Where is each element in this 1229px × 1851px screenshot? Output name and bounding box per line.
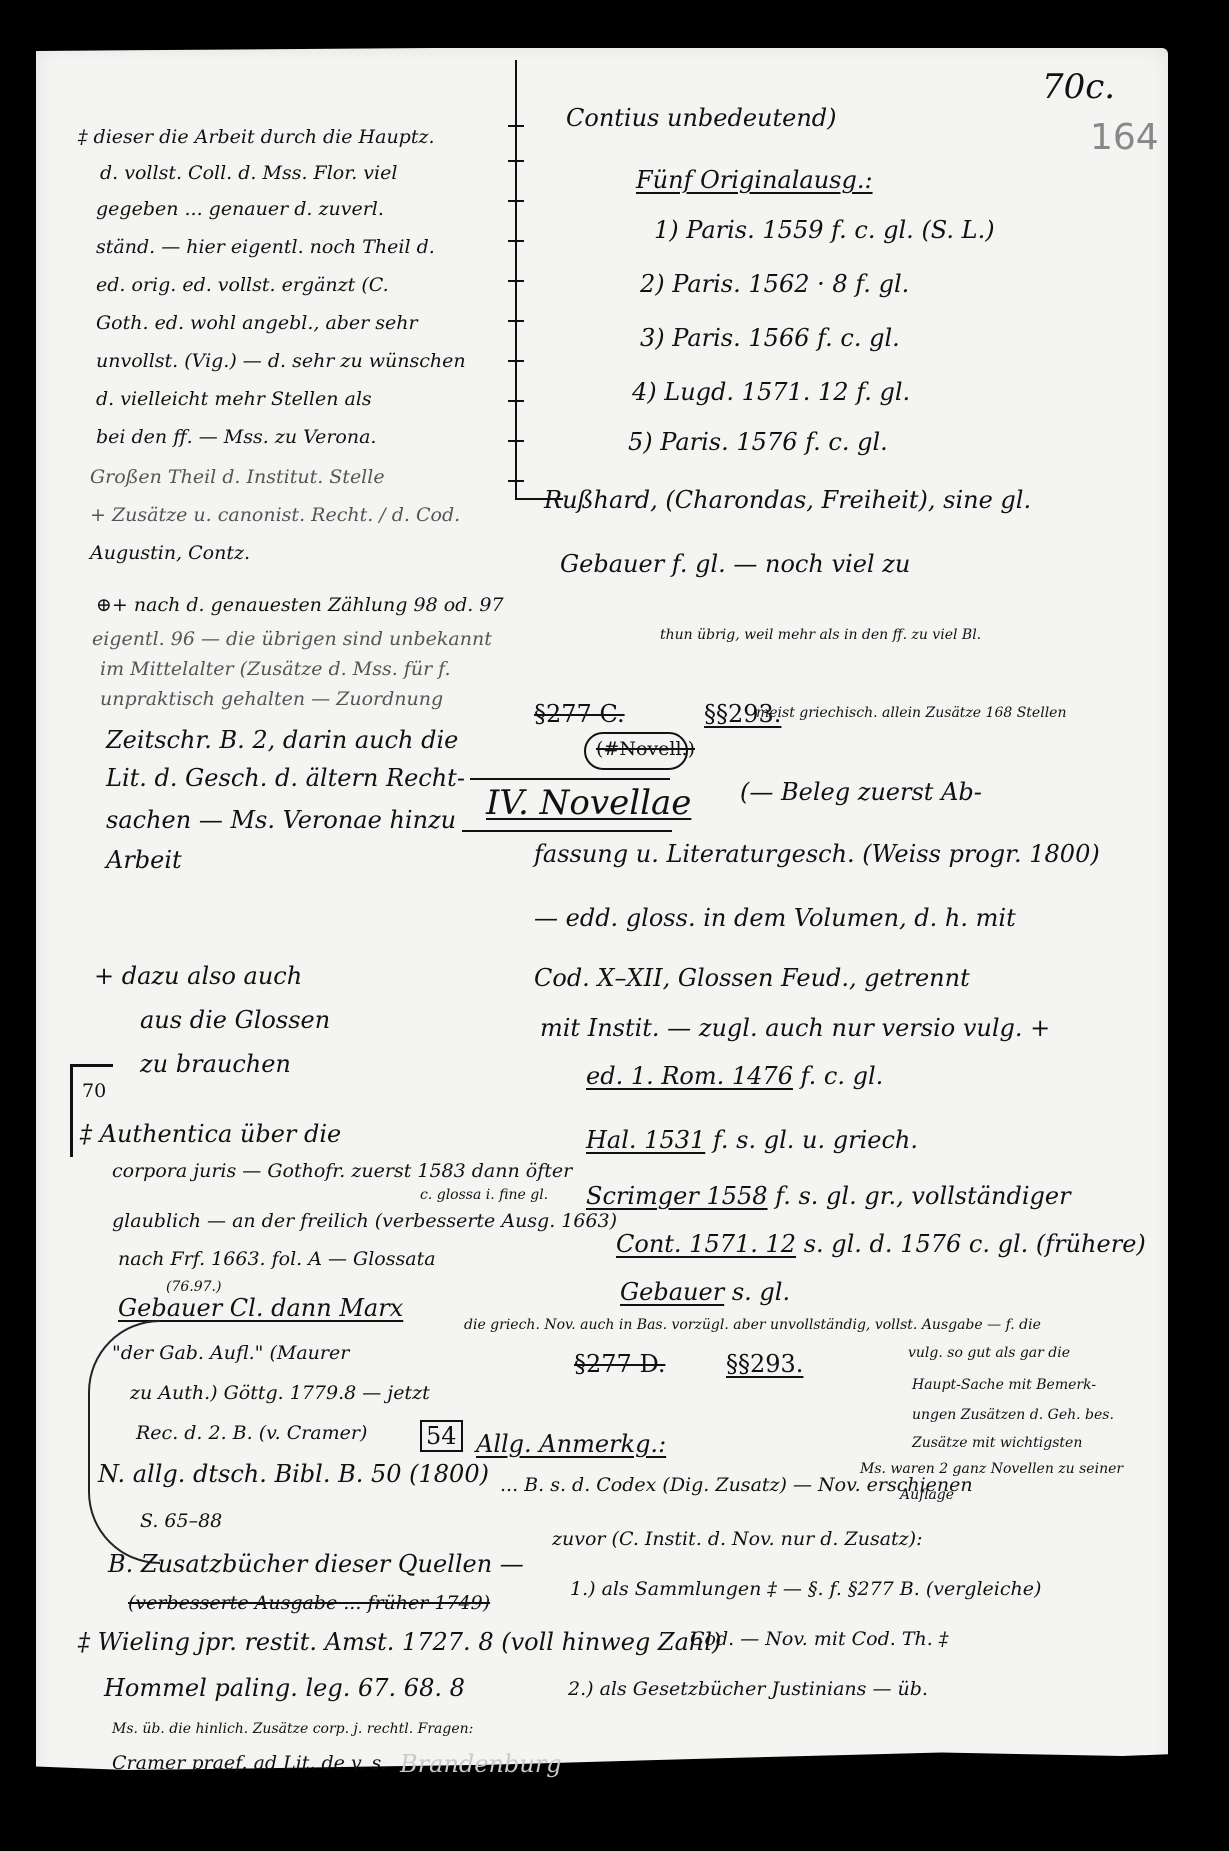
faint-pencil-note: Brandenburg [400,1752,562,1776]
novellae-edition-label: Hal. 1531 [586,1126,705,1154]
note-line: Großen Theil d. Institut. Stelle [90,468,385,487]
edition-year: 1576 [736,428,797,456]
note-line: unpraktisch gehalten — Zuordnung [100,690,443,709]
note-line: ‡ dieser die Arbeit durch die Hauptz. [78,128,435,147]
note-line: B. Zusatzbücher dieser Quellen — [108,1552,524,1576]
allg-body-line: 1.) als Sammlungen ‡ — §. f. §277 B. (ve… [570,1580,1041,1599]
note-line: corpora juris — Gothofr. zuerst 1583 dan… [112,1162,572,1181]
note-line: Cramer praef. ad Lit. de v. s. [112,1754,387,1773]
section-body-line: Cod. X–XII, Glossen Feud., getrennt [534,966,970,990]
edition-row: 3) Paris. 1566 f. c. gl. [640,326,900,350]
folio-mark: 70c. [1042,70,1115,104]
thun-line: thun übrig, weil mehr als in den ff. zu … [660,628,981,642]
novellae-edition-detail: s. gl. d. 1576 c. gl. (frühere) [804,1230,1146,1258]
edition-year: 1559 [762,216,823,244]
note-line: eigentl. 96 — die übrigen sind unbekannt [92,630,492,649]
note-line: Ms. üb. die hinlich. Zusätze corp. j. re… [112,1722,473,1736]
note-line: Goth. ed. wohl angebl., aber sehr [96,314,418,333]
greek-note: die griech. Nov. auch in Bas. vorzügl. a… [464,1318,1041,1332]
note-line: ‡ Authentica über die [80,1122,341,1146]
edition-gloss: c. gl. [840,324,899,352]
struck-section-ref-2: §277 D. [574,1352,665,1376]
side-note-top: meist griechisch. allein Zusätze 168 Ste… [756,706,1066,720]
pencil-page-number: 164 [1090,120,1159,156]
novellae-edition-label: Gebauer [620,1278,724,1306]
edition-gloss: gl. [879,270,910,298]
edition-year: 1571. 12 [742,378,849,406]
allg-body-line: zuvor (C. Instit. d. Nov. nur d. Zusatz)… [552,1530,923,1549]
edition-format: f. [805,428,821,456]
novellae-edition-detail: f. s. gl. u. griech. [713,1126,918,1154]
note-line: Rec. d. 2. B. (v. Cramer) [136,1424,367,1443]
section-body-line: (— Beleg zuerst Ab- [740,780,982,804]
note-line: nach Frf. 1663. fol. A — Glossata [118,1250,436,1269]
allg-heading: Allg. Anmerkg.: [476,1432,666,1456]
edition-gloss: c. gl. [854,216,913,244]
note-line: ⊕+ nach d. genauesten Zählung 98 od. 97 [96,596,504,615]
note-line: d. vielleicht mehr Stellen als [96,390,372,409]
note-line: (verbesserte Ausgabe ... früher 1749) [128,1594,490,1613]
note-line: d. vollst. Coll. d. Mss. Flor. viel [100,164,397,183]
novellae-edition-label: Scrimger 1558 [586,1182,768,1210]
edition-note: (S. L.) [921,216,994,244]
note-line: Augustin, Contz. [90,544,250,563]
edition-gloss: c. gl. [828,428,887,456]
edition-row: 1) Paris. 1559 f. c. gl. (S. L.) [654,218,995,242]
note-line: vulg. so gut als gar die [908,1346,1070,1360]
edition-num: 5) [628,428,653,456]
note-line: zu Auth.) Göttg. 1779.8 — jetzt [130,1384,430,1403]
note-line: Zeitschr. B. 2, darin auch die [106,728,458,752]
edition-format: f. [831,216,847,244]
gebauer-line: Gebauer f. gl. — noch viel zu [560,552,910,576]
note-line: + dazu also auch [94,964,302,988]
note-line: ungen Zusätzen d. Geh. bes. [912,1408,1114,1422]
section-body-line: — edd. gloss. in dem Volumen, d. h. mit [534,906,1016,930]
allg-body-line: 2.) als Gesetzbücher Justinians — üb. [568,1680,928,1699]
novellae-edition-row: ed. 1. Rom. 1476 f. c. gl. [586,1064,883,1088]
note-line: + Zusätze u. canonist. Recht. / d. Cod. [90,506,460,525]
edition-num: 3) [640,324,665,352]
editions-heading: Fünf Originalausg.: [636,168,873,192]
novellae-edition-detail: f. s. gl. gr., vollständiger [775,1182,1070,1210]
novellae-edition-detail: s. gl. [732,1278,790,1306]
edition-num: 1) [654,216,679,244]
note-line: bei den ff. — Mss. zu Verona. [96,428,376,447]
novellae-edition-row: Hal. 1531 f. s. gl. u. griech. [586,1128,918,1152]
novellae-edition-row: Scrimger 1558 f. s. gl. gr., vollständig… [586,1184,1071,1208]
note-line: Hommel paling. leg. 67. 68. 8 [104,1676,465,1700]
note-line: aus die Glossen [140,1008,330,1032]
note-line: zu brauchen [140,1052,291,1076]
note-line: Gebauer Cl. dann Marx [118,1296,403,1320]
edition-place: Paris. [660,428,728,456]
edition-row: 2) Paris. 1562 · 8 f. gl. [640,272,909,296]
note-line: (76.97.) [166,1280,221,1294]
note-line: gegeben ... genauer d. zuverl. [96,200,384,219]
edition-gloss: gl. [879,378,910,406]
novellae-edition-detail: f. c. gl. [801,1062,884,1090]
edition-place: Paris. [672,270,740,298]
note-line: ‡ Wieling jpr. restit. Amst. 1727. 8 (vo… [78,1630,721,1654]
edition-format: f. [856,378,872,406]
novellae-edition-row: Gebauer s. gl. [620,1280,790,1304]
section-title-novellae: IV. Novellae [486,786,691,820]
edition-format: f. [855,270,871,298]
edition-row: 5) Paris. 1576 f. c. gl. [628,430,888,454]
edition-num: 4) [632,378,657,406]
note-line: ständ. — hier eigentl. noch Theil d. [96,238,435,257]
edition-place: Lugd. [664,378,734,406]
edition-place: Paris. [672,324,740,352]
edition-row: 4) Lugd. 1571. 12 f. gl. [632,380,910,404]
contius-line: Contius unbedeutend) [566,106,837,130]
section-body-line: fassung u. Literaturgesch. (Weiss progr.… [534,842,1100,866]
note-line: unvollst. (Vig.) — d. sehr zu wünschen [96,352,466,371]
note-line: Zusätze mit wichtigsten [912,1436,1082,1450]
allg-body-line: Cod. — Nov. mit Cod. Th. ‡ [690,1630,948,1649]
note-line: Lit. d. Gesch. d. ältern Recht- [106,766,465,790]
novellae-edition-label: Cont. 1571. 12 [616,1230,796,1258]
section-body-line: mit Instit. — zugl. auch nur versio vulg… [540,1016,1050,1040]
allg-body-line: ... B. s. d. Codex (Dig. Zusatz) — Nov. … [500,1476,973,1495]
edition-num: 2) [640,270,665,298]
russhard-line: Rußhard, (Charondas, Freiheit), sine gl. [544,488,1031,512]
note-line: glaublich — an der freilich (verbesserte… [112,1212,617,1231]
edition-format: f. [817,324,833,352]
note-line: sachen — Ms. Veronae hinzu [106,808,456,832]
note-line: Haupt-Sache mit Bemerk- [912,1378,1096,1392]
note-line: im Mittelalter (Zusätze d. Mss. für f. [100,660,451,679]
edition-year: 1566 [748,324,809,352]
edition-year: 1562 · 8 [748,270,847,298]
section-ref-2: §§293. [726,1352,803,1376]
note-line: ed. orig. ed. vollst. ergänzt (C. [96,276,389,295]
edition-place: Paris. [686,216,754,244]
bracket-arc [88,1320,160,1564]
circled-struck-text: (#Novell.) [596,740,695,759]
novellae-edition-row: Cont. 1571. 12 s. gl. d. 1576 c. gl. (fr… [616,1232,1146,1256]
struck-section-ref: §277 C. [534,702,625,726]
boxed-reference-number: 54 [420,1420,463,1452]
note-line: c. glossa i. fine gl. [420,1188,548,1202]
note-line: Arbeit [106,848,182,872]
novellae-edition-label: ed. 1. Rom. 1476 [586,1062,793,1090]
margin-number: 70 [82,1082,106,1101]
